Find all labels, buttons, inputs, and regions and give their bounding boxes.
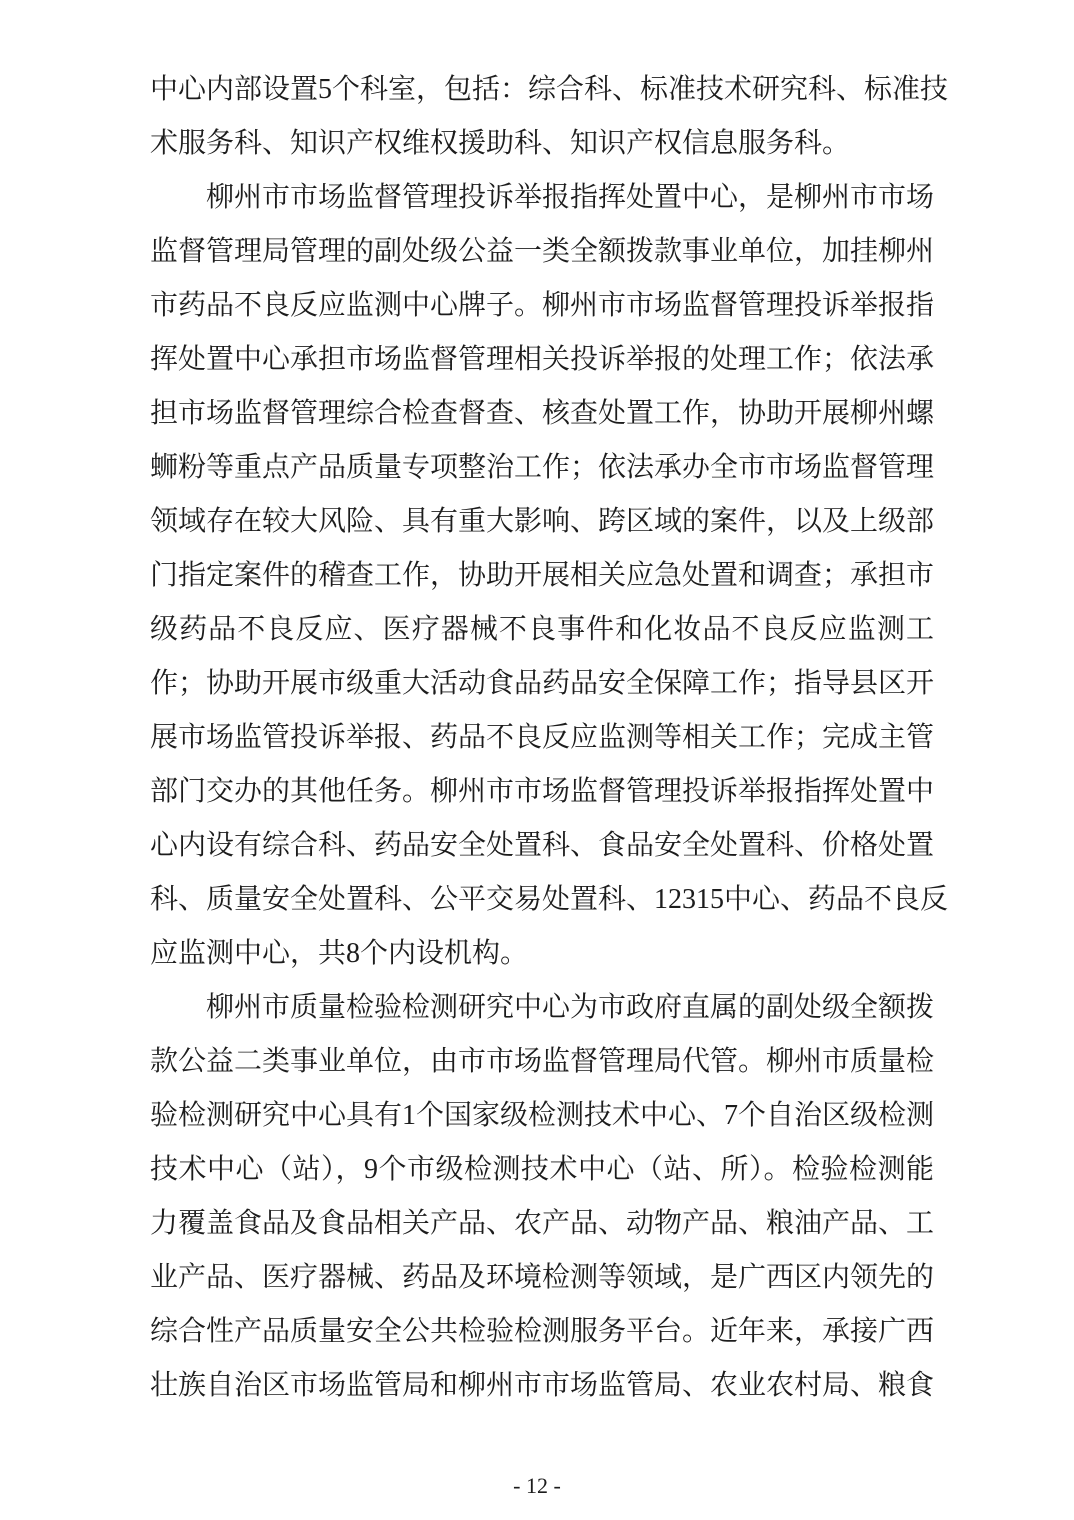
text-line: 部门交办的其他任务。柳州市市场监督管理投诉举报指挥处置中 [150,765,934,819]
text-line: 展市场监管投诉举报、药品不良反应监测等相关工作；完成主管 [150,711,934,765]
text-line: 应监测中心，共8个内设机构。 [150,927,934,981]
text-line: 领域存在较大风险、具有重大影响、跨区域的案件，以及上级部 [150,495,934,549]
document-page: 中心内部设置5个科室，包括：综合科、标准技术研究科、标准技 术服务科、知识产权维… [0,0,1074,1520]
text-line: 验检测研究中心具有1个国家级检测技术中心、7个自治区级检测 [150,1089,934,1143]
text-line: 综合性产品质量安全公共检验检测服务平台。近年来，承接广西 [150,1305,934,1359]
text-line: 款公益二类事业单位，由市市场监督管理局代管。柳州市质量检 [150,1035,934,1089]
text-line: 担市场监督管理综合检查督查、核查处置工作，协助开展柳州螺 [150,387,934,441]
text-line: 作；协助开展市级重大活动食品药品安全保障工作；指导县区开 [150,657,934,711]
text-line: 柳州市市场监督管理投诉举报指挥处置中心，是柳州市市场 [150,171,934,225]
page-number: - 12 - [0,1473,1074,1499]
text-line: 门指定案件的稽查工作，协助开展相关应急处置和调查；承担市 [150,549,934,603]
text-line: 柳州市质量检验检测研究中心为市政府直属的副处级全额拨 [150,981,934,1035]
text-line: 业产品、医疗器械、药品及环境检测等领域，是广西区内领先的 [150,1251,934,1305]
text-line: 中心内部设置5个科室，包括：综合科、标准技术研究科、标准技 [150,63,934,117]
text-line: 级药品不良反应、医疗器械不良事件和化妆品不良反应监测工 [150,603,934,657]
text-line: 监督管理局管理的副处级公益一类全额拨款事业单位，加挂柳州 [150,225,934,279]
text-line: 挥处置中心承担市场监督管理相关投诉举报的处理工作；依法承 [150,333,934,387]
document-body: 中心内部设置5个科室，包括：综合科、标准技术研究科、标准技 术服务科、知识产权维… [150,63,934,1413]
text-line: 技术中心（站），9个市级检测技术中心（站、所）。检验检测能 [150,1143,934,1197]
text-line: 市药品不良反应监测中心牌子。柳州市市场监督管理投诉举报指 [150,279,934,333]
text-line: 蛳粉等重点产品质量专项整治工作；依法承办全市市场监督管理 [150,441,934,495]
text-line: 术服务科、知识产权维权援助科、知识产权信息服务科。 [150,117,934,171]
text-line: 心内设有综合科、药品安全处置科、食品安全处置科、价格处置 [150,819,934,873]
text-line: 科、质量安全处置科、公平交易处置科、12315中心、药品不良反 [150,873,934,927]
text-line: 力覆盖食品及食品相关产品、农产品、动物产品、粮油产品、工 [150,1197,934,1251]
text-line: 壮族自治区市场监管局和柳州市市场监管局、农业农村局、粮食 [150,1359,934,1413]
